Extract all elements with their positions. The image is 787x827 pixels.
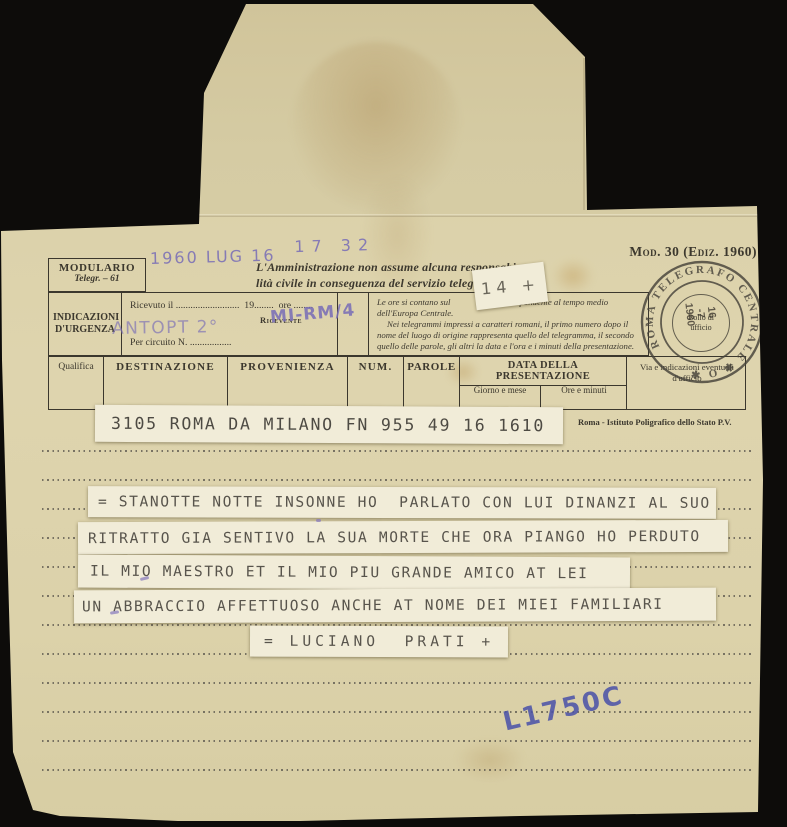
message-strip-2: RITRATTO GIA SENTIVO LA SUA MORTE CHE OR… [78, 520, 728, 554]
pencil-note-text: 14 + [480, 274, 540, 298]
col-data-cell: DATA DELLA PRESENTAZIONE Giorno e mese O… [460, 357, 627, 409]
postmark-date: 16 -7 1960 [681, 288, 719, 339]
printer-credit: Roma - Istituto Poligrafico dello Stato … [578, 417, 731, 427]
telegram-photo: MODULARIO Telegr. – 61 1960 LUG 16 17 32… [0, 0, 787, 827]
routing-text: 3105 ROMA DA MILANO FN 955 49 16 1610 [95, 414, 545, 435]
col-qualifica-label: Qualifica [49, 362, 103, 372]
ruled-line [42, 479, 754, 481]
col-num-cell: NUM. [348, 357, 404, 409]
ruled-line [42, 740, 754, 742]
circuito-line: Per circuito N. ................. [130, 337, 232, 348]
col-destinazione-cell: DESTINAZIONE [104, 357, 228, 409]
fold-crease [0, 214, 787, 217]
col-qualifica-cell: Qualifica [49, 357, 104, 409]
proof-tick [316, 519, 321, 522]
fineprint-l1a: Le ore si contano sul [377, 297, 450, 307]
message-strip-5: = LUCIANO PRATI + [250, 626, 508, 658]
col-num-label: NUM. [348, 361, 403, 373]
col-ore-label: Ore e minuti [541, 385, 627, 395]
message-line-2: RITRATTO GIA SENTIVO LA SUA MORTE CHE OR… [78, 527, 701, 546]
col-parole-label: PAROLE [404, 361, 459, 373]
col-parole-cell: PAROLE [404, 357, 460, 409]
fineprint-para2: Nei telegrammi impressi a caratteri roma… [377, 319, 645, 352]
urgency-label: INDICAZIONI D'URGENZA [53, 312, 117, 337]
ruled-line [42, 450, 754, 452]
ruled-line [42, 711, 754, 713]
message-strip-4: UN ABBRACCIO AFFETTUOSO ANCHE AT NOME DE… [74, 588, 716, 624]
modulario-subtitle: Telegr. – 61 [49, 274, 145, 284]
columns-band: Qualifica DESTINAZIONE PROVENIENZA NUM. … [48, 356, 746, 410]
modulario-box: MODULARIO Telegr. – 61 [48, 258, 146, 292]
message-line-3: IL MIO MAESTRO ET IL MIO PIU GRANDE AMIC… [78, 563, 589, 583]
fineprint-line2: dell'Europa Centrale. [377, 308, 645, 319]
ruled-line [42, 682, 754, 684]
col-destinazione-label: DESTINAZIONE [104, 361, 227, 373]
received-date-part2: 17 32 [294, 235, 375, 256]
col-provenienza-label: PROVENIENZA [228, 361, 347, 373]
telegram-paper: MODULARIO Telegr. – 61 1960 LUG 16 17 32… [0, 0, 787, 827]
antopt-stamp: ANTOPT 2° [112, 317, 219, 339]
message-strip-1: = STANOTTE NOTTE INSONNE HO PARLATO CON … [88, 486, 716, 519]
message-line-4: UN ABBRACCIO AFFETTUOSO ANCHE AT NOME DE… [74, 596, 664, 616]
routing-strip: 3105 ROMA DA MILANO FN 955 49 16 1610 [95, 405, 563, 444]
message-line-5: = LUCIANO PRATI + [250, 633, 494, 651]
tax-stamp: L1750C [500, 681, 627, 738]
message-line-1: = STANOTTE NOTTE INSONNE HO PARLATO CON … [88, 493, 711, 512]
ruled-line [42, 769, 754, 771]
stain-bottom [455, 738, 525, 782]
col-provenienza-cell: PROVENIENZA [228, 357, 348, 409]
flap-crease [583, 58, 585, 210]
message-strip-3: IL MIO MAESTRO ET IL MIO PIU GRANDE AMIC… [78, 555, 630, 591]
modulario-title: MODULARIO [49, 262, 145, 274]
